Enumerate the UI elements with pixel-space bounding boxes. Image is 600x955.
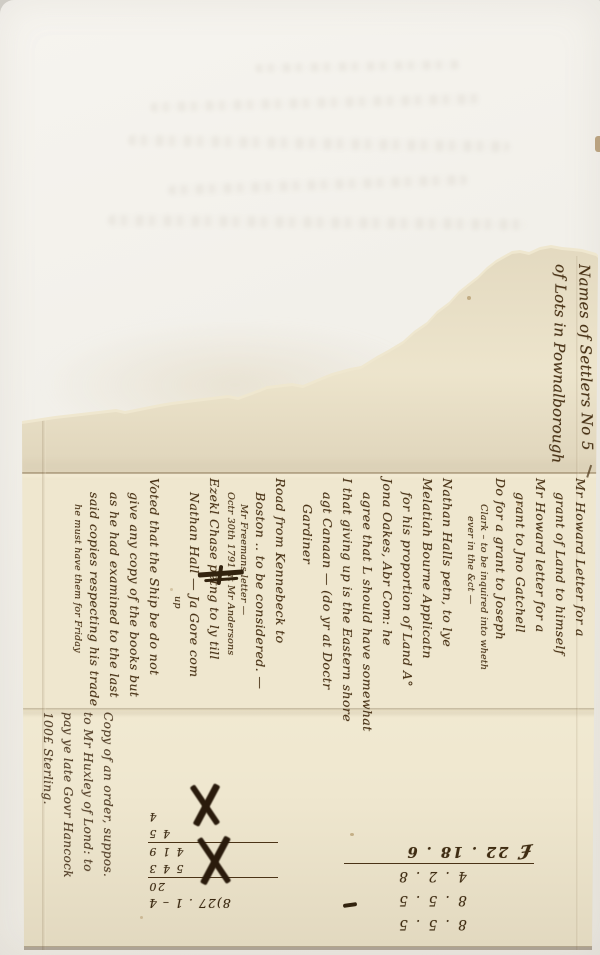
ink-blot <box>194 784 220 826</box>
docket-entry: Mr Howard letter for a <box>530 478 550 716</box>
foxing-spot <box>467 296 471 300</box>
scratch-figures: 8)27 . 1 – 4 20 5 4 3 4 1 9 4 5 4 <box>140 760 250 912</box>
docket-entry: I that giving up is the Eastern shore <box>337 478 357 716</box>
scratch-row: 8)27 . 1 – 4 <box>148 895 250 912</box>
docket-entry: Voted that the Ship be do not <box>144 478 164 716</box>
docket-entry: Mr Howard Letter for a <box>570 478 590 716</box>
docket-entry: as he had examined to the last <box>104 492 124 716</box>
docket-entry: Jona Oakes, Abr Com: he <box>377 478 397 716</box>
docket-entry: Ezekl Chase petng to ly till <box>204 478 224 716</box>
docket-entry: Nathan Halls petn, to lye <box>437 478 457 716</box>
memo-line: Copy of an order, suppos. <box>98 712 118 952</box>
memo-line: 100£ Sterling. <box>38 712 58 952</box>
docket-title-line: of Lots in Pownalborough <box>543 264 574 470</box>
docket-entry: give any copy of the books but <box>124 492 144 716</box>
docket-entry: Melatiah Bourne Applicatn <box>417 478 437 716</box>
docket-title: Names of Settlers No 5 of Lots in Pownal… <box>541 264 599 470</box>
sum-total-row: £ 22 . 18 . 6 <box>344 839 534 864</box>
order-memo: Copy of an order, suppos. to Mr Huxley o… <box>36 712 118 952</box>
sum-addend: 4 . 2 . 8 <box>352 864 512 888</box>
docket-entry: he must have them for Friday <box>71 504 84 716</box>
docket-entry: ever in the &ct — <box>464 516 477 716</box>
currency-sum: 8 . 5 . 5 8 . 5 . 5 4 . 2 . 8 £ 22 . 18 … <box>338 810 538 950</box>
docket-entry: Do for a grant to Joseph <box>490 478 510 716</box>
sum-total: 22 . 18 . 6 <box>406 839 509 863</box>
pound-sign: £ <box>516 838 534 864</box>
docket-entry: Nathan Hall — Ja Gore com <box>184 492 204 716</box>
ink-blot <box>203 836 227 884</box>
torn-paper-fragment <box>595 136 600 152</box>
memo-line: to Mr Huxley of Lond: to <box>78 712 98 952</box>
docket-entry: Clark – to be inquired into wheth <box>477 504 490 716</box>
fold-crease <box>20 472 598 474</box>
docket-entry: said copies respecting his trade <box>84 492 104 716</box>
docket-entry: for his proportion of Land A° <box>397 492 417 716</box>
docket-entry: agt Canaan — (do yr at Doctr <box>317 492 337 716</box>
docket-entry: grant to Jno Gatchell <box>510 492 530 716</box>
docket-entry: Gardiner <box>297 504 317 716</box>
docket-entry: Octr 30th 1791 at Mr Andersons <box>224 492 237 716</box>
docket-entries: Mr Howard Letter for a grant of Land to … <box>38 478 590 716</box>
scanned-document-photo: Names of Settlers No 5 of Lots in Pownal… <box>0 0 600 955</box>
sum-addend: 8 . 5 . 5 <box>352 912 512 936</box>
docket-entry: grant of Land to himself <box>550 492 570 716</box>
docket-title-line: Names of Settlers No 5 <box>570 264 600 470</box>
docket-entry: Mr Freemans letter — <box>237 504 250 716</box>
docket-entry: Road from Kennebeck to <box>270 478 290 716</box>
memo-line: pay ye late Govr Hancock <box>58 712 78 952</box>
docket-entry: up <box>171 596 184 716</box>
docket-entry: Boston .. to be considered. — <box>250 492 270 716</box>
foxing-spot <box>140 916 143 919</box>
scratch-row: 5 4 3 <box>148 860 250 877</box>
docket-entry: agree that L should have somewhat <box>357 492 377 716</box>
sum-addend: 8 . 5 . 5 <box>352 888 512 912</box>
ink-strikethrough <box>197 566 244 585</box>
